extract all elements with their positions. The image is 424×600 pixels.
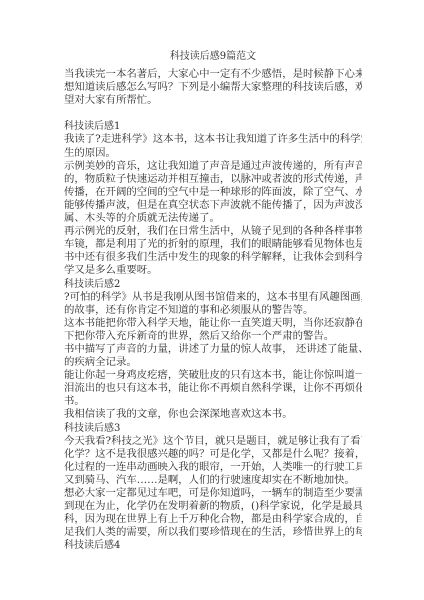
intro-paragraph: 当我读完一本名著后，大家心中一定有不少感悟，是时候静下心来好好写写读后感了。你 … <box>64 68 362 107</box>
body-line: 又到骑马、汽车……是啊，人们的行驶速度却实在不断地加快。 <box>64 474 362 487</box>
section-heading: 科技读后感4 <box>64 539 362 552</box>
body-line: 化学？这不是我很感兴趣的吗？可是化学，又都是什么呢？接着，关于人类行驶工具的进 <box>64 448 362 461</box>
intro-line: 当我读完一本名著后，大家心中一定有不少感悟，是时候静下心来好好写写读后感了。你 <box>64 68 362 81</box>
body-line: 足我们人类的需要，所以我们要珍惜现在的生活，珍惜世界上的每一样物质和自然资源！ <box>64 526 362 539</box>
intro-line: 望对大家有所帮忙。 <box>64 94 362 107</box>
section-2: 科技读后感2 ?可怕的科学》从书是我刚从图书馆借来的，这本书里有风趣图画，严肃的… <box>64 278 362 422</box>
body-line: 属、木头等的介质就无法传递了。 <box>64 212 362 225</box>
section-1: 科技读后感1 我读了?走进科学》这本书，这本书让我知道了许多生活中的科学知识，明… <box>64 120 362 277</box>
body-line: 今天我看?科技之光》这个节目，就只是题目，就足够让我有了看下去的欲望。 <box>64 435 362 448</box>
body-line: 能够传播声波，但是在真空状态下声波就不能传播了，因为声波没有像了空气、水、金 <box>64 199 362 212</box>
intro-line: 想知道读后感怎么写吗？下列是小编帮大家整理的科技读后感，欢迎大家借鉴与参考，希 <box>64 81 362 94</box>
body-line: 车镜，都是利用了光的折射的原理，我们的眼睛能够看见物体也是光的折射原理。 <box>64 238 362 251</box>
body-line: 的，物质粒子快速运动并相互撞击，以脉冲或者波的形式传递，声波借助空气向四面八方 <box>64 173 362 186</box>
body-line: 化过程的一连串动画映入我的眼帘，一开始，人类唯一的行驶工具就是两条腿——步行。 <box>64 461 362 474</box>
body-line: 科，因为现在世界上有上千万种化合物，都是由科学家合成的，自然界中不存在的，能满 <box>64 513 362 526</box>
body-line: 书中描写了声音的力量，讲述了力量的惊人故事， 还讲述了能量、动物、故事，还有杀人 <box>64 343 362 356</box>
body-line: 生的原因。 <box>64 147 362 160</box>
section-4: 科技读后感4 <box>64 539 362 552</box>
body-line: 学又是多么重要呀。 <box>64 264 362 277</box>
body-line: 到现在为止，化学仍在发明着新的物质，()科学家说，化学是最具有创新活力的一个学 <box>64 500 362 513</box>
document-page: 科技读后感9篇范文 当我读完一本名著后，大家心中一定有不少感悟，是时候静下心来好… <box>64 50 362 552</box>
body-line: 书中还有很多我们生活中发生的现象的科学解释，让我体会到科学真是非常奇妙，掌握科 <box>64 251 362 264</box>
body-line: ?可怕的科学》从书是我刚从图书馆借来的，这本书里有风趣图画，严肃的科学故事，惊人 <box>64 291 362 304</box>
body-line: 想必大家一定都见过车吧，可是你知道吗，一辆车的制造至少要需要240斤橡胶呢！ <box>64 487 362 500</box>
section-heading: 科技读后感1 <box>64 120 362 133</box>
body-line: 示例美妙的音乐，这让我知道了声音是通过声波传递的，所有声音都是发生物震动产生 <box>64 160 362 173</box>
body-line: 下把你带入充斥新奇的世界，然后又给你一个严肃的警告。 <box>64 330 362 343</box>
section-heading: 科技读后感3 <box>64 422 362 435</box>
body-line: 的故事，还有你肯定不知道的事和必须服从的警告等。 <box>64 304 362 317</box>
body-line: 我读了?走进科学》这本书，这本书让我知道了许多生活中的科学知识，明白了许多现象产 <box>64 133 362 146</box>
spacer <box>64 107 362 120</box>
body-line: 泪流出的也只有这本书，能让你不再烦自然科学课，让你不再烦化学和物理也只有这本 <box>64 382 362 395</box>
body-line: 再示例光的反射，我们在日常生活中，从镜子见到的各种各样事物，如梳妆镜、汽车的倒 <box>64 225 362 238</box>
section-3: 科技读后感3 今天我看?科技之光》这个节目，就只是题目，就足够让我有了看下去的欲… <box>64 422 362 540</box>
body-line: 传播，在开阔的空间的空气中是一种球形的阵面波，除了空气、水、金属、木头等也都是 <box>64 186 362 199</box>
section-heading: 科技读后感2 <box>64 278 362 291</box>
body-line: 能让你起一身鸡皮疙瘩，笑破肚皮的只有这本书，能让你惊叫道一百五十分贝，让你把眼 <box>64 369 362 382</box>
body-line: 书。 <box>64 395 362 408</box>
body-line: 这本书能把你带入科学天地，能让你一直笑道天明，当你还寂静在欢乐的海洋中时，又一 <box>64 317 362 330</box>
document-title: 科技读后感9篇范文 <box>64 50 362 63</box>
body-line: 我相信读了我的文章，你也会深深地喜欢这本书。 <box>64 408 362 421</box>
body-line: 的疾病全记录。 <box>64 356 362 369</box>
